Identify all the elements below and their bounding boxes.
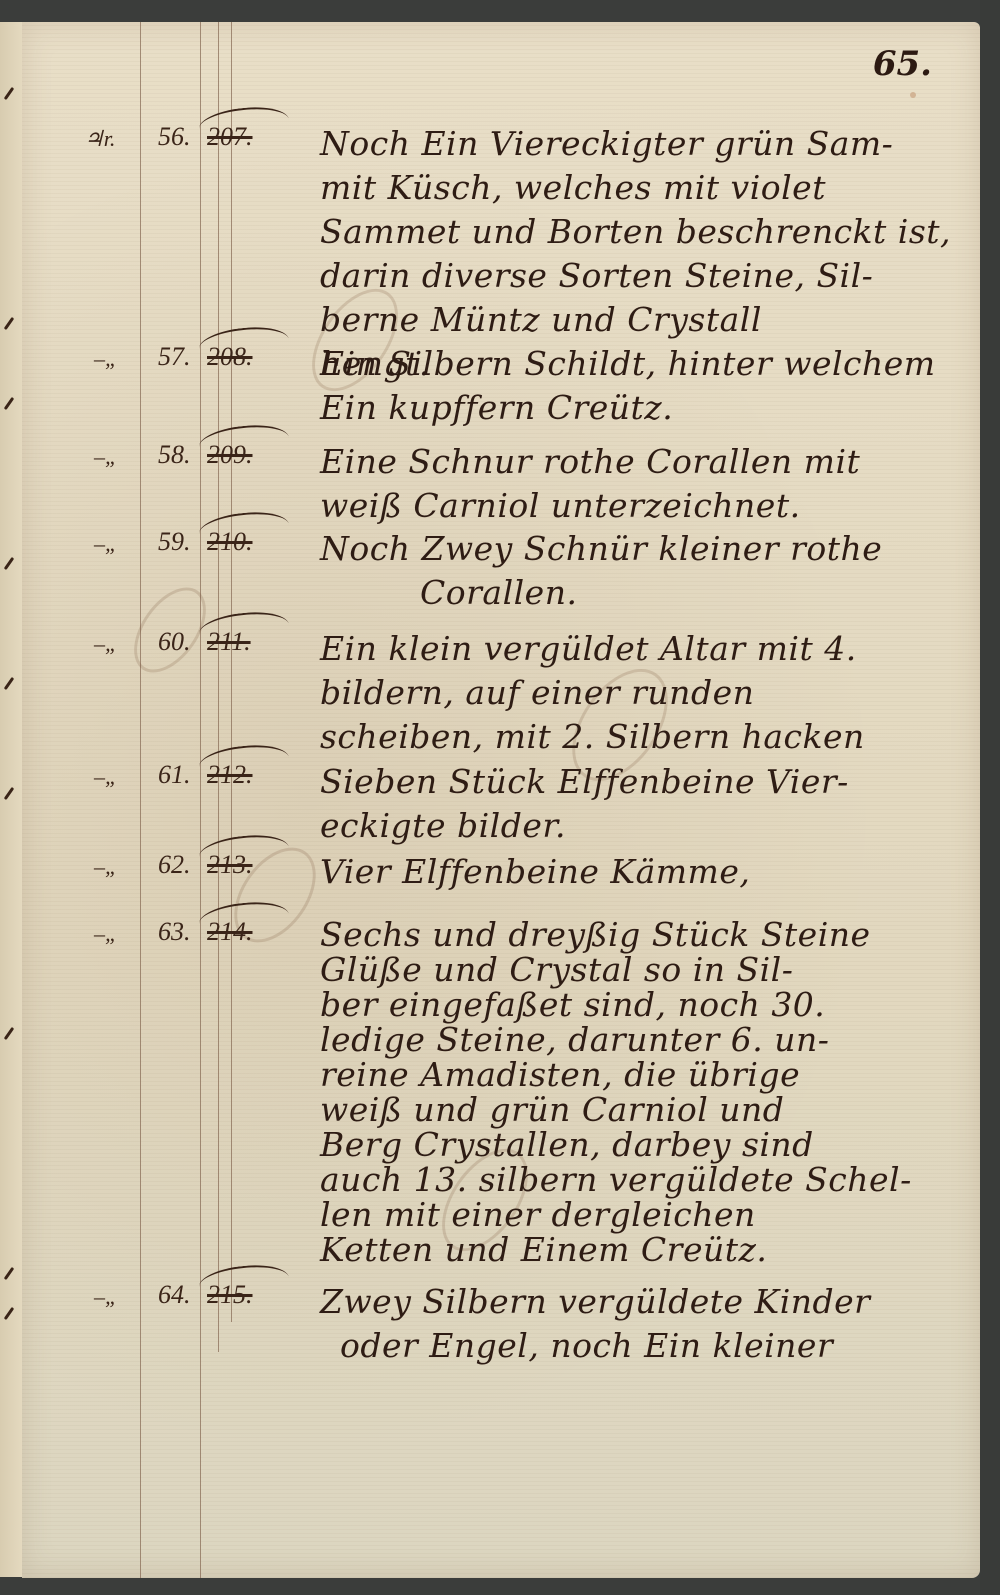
entry-number: 59. [158,527,191,557]
entry-number: 57. [158,342,191,372]
text-line: reine Amadisten, die übrige [320,1057,940,1092]
text-line: auch 13. silbern vergüldete Schel- [320,1162,940,1197]
text-line: mit Küsch, welches mit violet [320,166,940,210]
previous-page-edge [0,22,23,1577]
entry-number: 63. [158,917,191,947]
text-line: scheiben, mit 2. Silbern hacken [320,715,940,759]
ditto-dash: –„ [94,444,117,470]
ditto-dash: –„ [94,631,117,657]
text-line: weiß Carniol unterzeichnet. [320,484,940,528]
struck-old-number: 211. [207,627,251,657]
text-line: Noch Zwey Schnür kleiner rothe [320,527,940,571]
ditto-dash: –„ [94,854,117,880]
entry-number: 60. [158,627,191,657]
ruled-line [140,22,141,1578]
paper-stain [910,92,916,98]
text-line: darin diverse Sorten Steine, Sil- [320,254,940,298]
scan-backing [980,0,1000,1595]
struck-old-number: 207. [207,122,253,152]
struck-old-number: 214. [207,917,253,947]
ruled-line [200,22,201,1578]
text-line: ber eingefaßet sind, noch 30. [320,987,940,1022]
text-line: Glüße und Crystal so in Sil- [320,952,940,987]
ink-mark [4,1307,14,1320]
text-line: Berg Crystallen, darbey sind [320,1127,940,1162]
text-line: Ein kupffern Creütz. [320,386,940,430]
text-line: Zwey Silbern vergüldete Kinder [320,1280,940,1324]
text-line: Eine Schnur rothe Corallen mit [320,440,940,484]
entry-text: Ein klein vergüldet Altar mit 4. bildern… [320,627,940,759]
text-line: bildern, auf einer runden [320,671,940,715]
entry-text: Sieben Stück Elffenbeine Vier- eckigte b… [320,760,940,848]
struck-old-number: 215. [207,1280,253,1310]
ruled-line [218,22,219,1352]
ink-mark [4,787,14,800]
ditto-dash: –„ [94,921,117,947]
struck-old-number: 209. [207,440,253,470]
text-line: berne Müntz und Crystall [320,298,940,342]
struck-old-number: 212. [207,760,253,790]
text-line: Corallen. [320,571,940,615]
ditto-dash: –„ [94,1284,117,1310]
ink-mark [4,1267,14,1280]
entry-number: 58. [158,440,191,470]
page-number: 65. [873,44,932,84]
entry-text: Vier Elffenbeine Kämme, [320,850,940,894]
ink-mark [4,557,14,570]
entry-number: 64. [158,1280,191,1310]
text-line: Sammet und Borten beschrenckt ist, [320,210,940,254]
entry-text: Noch Zwey Schnür kleiner rothe Corallen. [320,527,940,615]
text-line: oder Engel, noch Ein kleiner [320,1324,940,1368]
text-line: Ein klein vergüldet Altar mit 4. [320,627,940,671]
ink-mark [4,87,14,100]
entry-number: 62. [158,850,191,880]
text-line: Vier Elffenbeine Kämme, [320,850,940,894]
ruled-line [231,22,232,1322]
entry-text: Zwey Silbern vergüldete Kinder oder Enge… [320,1280,940,1368]
text-line: len mit einer dergleichen [320,1197,940,1232]
text-line: Sechs und dreyßig Stück Steine [320,917,940,952]
ditto-dash: –„ [94,531,117,557]
entry-text: Eine Schnur rothe Corallen mit weiß Carn… [320,440,940,528]
ink-mark [4,317,14,330]
ink-mark [4,1027,14,1040]
struck-old-number: 208. [207,342,253,372]
margin-symbol: ♃r. [84,126,115,152]
text-line: weiß und grün Carniol und [320,1092,940,1127]
ditto-dash: –„ [94,346,117,372]
manuscript-page: 65. ♃r. 56. 207. Noch Ein Viereckigter g… [22,22,980,1578]
entry-number: 61. [158,760,191,790]
entry-number: 56. [158,122,191,152]
ink-mark [4,677,14,690]
text-line: ledige Steine, darunter 6. un- [320,1022,940,1057]
text-line: Noch Ein Viereckigter grün Sam- [320,122,940,166]
ditto-dash: –„ [94,764,117,790]
text-line: Sieben Stück Elffenbeine Vier- [320,760,940,804]
text-line: eckigte bilder. [320,804,940,848]
entry-text: Sechs und dreyßig Stück Steine Glüße und… [320,917,940,1267]
entry-text: Ein Silbern Schildt, hinter welchem Ein … [320,342,940,430]
ink-mark [4,397,14,410]
struck-old-number: 210. [207,527,253,557]
struck-old-number: 213. [207,850,253,880]
text-line: Ketten und Einem Creütz. [320,1232,940,1267]
text-line: Ein Silbern Schildt, hinter welchem [320,342,940,386]
